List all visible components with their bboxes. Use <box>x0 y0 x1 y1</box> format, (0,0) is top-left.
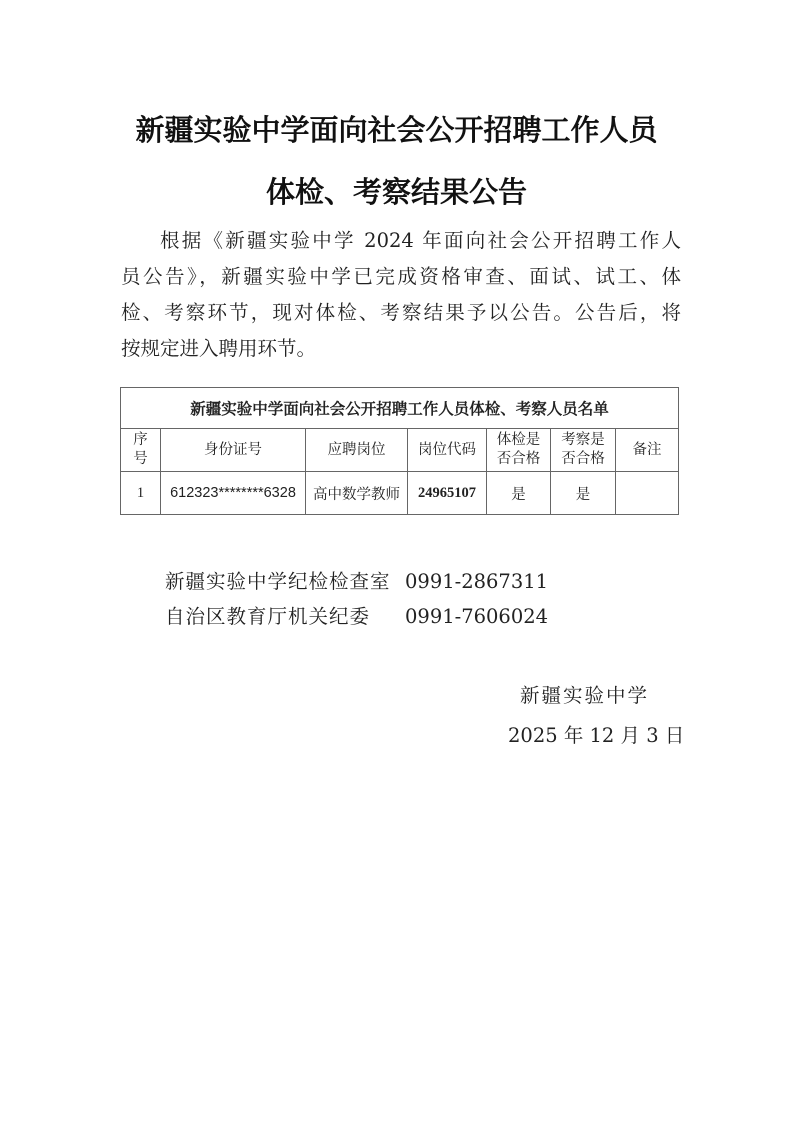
body-line: 员公告》，新疆实验中学已完成资格审查、面试、试工、体 <box>121 259 681 295</box>
header-inspection-passed: 考察是否合格 <box>551 429 616 472</box>
contact-phone: 0991-2867311 <box>405 570 548 593</box>
cell-position-code: 24965107 <box>408 472 487 515</box>
document-title-line1: 新疆实验中学面向社会公开招聘工作人员 <box>0 108 793 149</box>
contact-org: 新疆实验中学纪检检查室 <box>165 566 405 594</box>
cell-index: 1 <box>121 472 161 515</box>
signature-issuer: 新疆实验中学 <box>520 680 649 708</box>
cell-position: 高中数学教师 <box>306 472 408 515</box>
cell-physical-passed: 是 <box>487 472 551 515</box>
header-physical-passed: 体检是否合格 <box>487 429 551 472</box>
contact-org: 自治区教育厅机关纪委 <box>165 601 405 629</box>
header-id-number: 身份证号 <box>161 429 306 472</box>
cell-inspection-passed: 是 <box>551 472 616 515</box>
table-row: 1 612323********6328 高中数学教师 24965107 是 是 <box>121 472 679 515</box>
header-position: 应聘岗位 <box>306 429 408 472</box>
contact-phone: 0991-7606024 <box>405 605 548 628</box>
body-line: 检、考察环节，现对体检、考察结果予以公告。公告后，将 <box>121 295 681 331</box>
document-title-line2: 体检、考察结果公告 <box>0 170 793 211</box>
cell-id-number: 612323********6328 <box>161 472 306 515</box>
contact-line: 新疆实验中学纪检检查室0991-2867311 <box>165 566 548 594</box>
roster-table: 新疆实验中学面向社会公开招聘工作人员体检、考察人员名单 序号 身份证号 应聘岗位… <box>120 387 679 515</box>
header-remarks: 备注 <box>616 429 679 472</box>
body-line: 按规定进入聘用环节。 <box>121 331 681 367</box>
contact-line: 自治区教育厅机关纪委0991-7606024 <box>165 601 548 629</box>
header-index: 序号 <box>121 429 161 472</box>
body-line: 根据《新疆实验中学 2024 年面向社会公开招聘工作人 <box>121 223 681 259</box>
body-paragraph: 根据《新疆实验中学 2024 年面向社会公开招聘工作人 员公告》，新疆实验中学已… <box>121 223 681 367</box>
table-header-row: 序号 身份证号 应聘岗位 岗位代码 体检是否合格 考察是否合格 备注 <box>121 429 679 472</box>
cell-remarks <box>616 472 679 515</box>
signature-date: 2025 年 12 月 3 日 <box>508 720 684 748</box>
table-caption: 新疆实验中学面向社会公开招聘工作人员体检、考察人员名单 <box>121 388 679 429</box>
header-position-code: 岗位代码 <box>408 429 487 472</box>
